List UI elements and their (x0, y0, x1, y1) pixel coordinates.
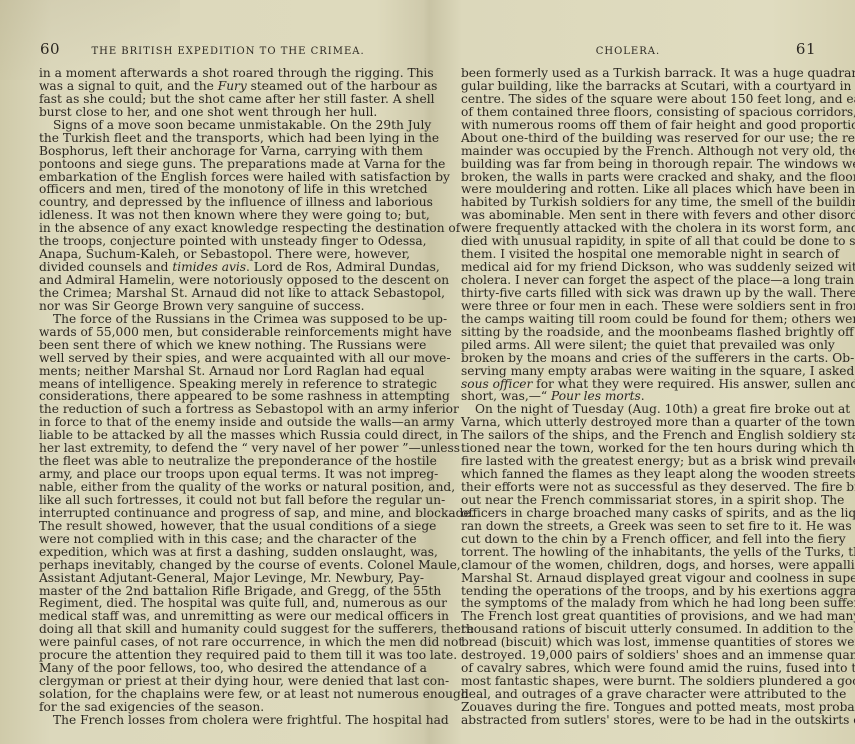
text-line: cut down to the chin by a French officer… (461, 533, 818, 546)
text-line: sitting by the roadside, and the moonbea… (461, 326, 818, 339)
text-line: the Crimea; Marshal St. Arnaud did not l… (39, 287, 396, 300)
text-line: like all such fortresses, it could not b… (39, 494, 396, 507)
text-line: been sent there of which we knew nothing… (39, 339, 396, 352)
text-line: The force of the Russians in the Crimea … (39, 313, 396, 326)
left-running-head: 60 THE BRITISH EXPEDITION TO THE CRIMEA. (40, 40, 396, 58)
text-line: The result showed, however, that the usu… (39, 520, 396, 533)
text-line: of them contained three floors, consisti… (461, 106, 818, 119)
text-line: out near the French commissariat stores,… (461, 494, 818, 507)
text-line: building was far from being in thorough … (461, 158, 818, 171)
text-line: thirty-five carts filled with sick was d… (461, 287, 818, 300)
text-line: for the sad exigencies of the season. (39, 701, 396, 714)
text-line: clamour of the women, children, dogs, an… (461, 559, 818, 572)
text-line: Bosphorus, left their anchorage for Varn… (39, 145, 396, 158)
text-line: nable, either from the quality of the wo… (39, 481, 396, 494)
text-line: mainder was occupied by the French. Alth… (461, 145, 818, 158)
text-line: cholera. I never can forget the aspect o… (461, 274, 818, 287)
page-number: 61 (796, 40, 816, 58)
text-line: burst close to her, and one shot went th… (39, 106, 396, 119)
right-running-head: CHOLERA. 61 (460, 40, 816, 58)
text-line: Signs of a move soon became unmistakable… (39, 119, 396, 132)
text-line: were not complied with in this case; and… (39, 533, 396, 546)
text-line: fast as she could; but the shot came aft… (39, 93, 396, 106)
text-line: nor was Sir George Brown very sanguine o… (39, 300, 396, 313)
page-number: 60 (40, 40, 60, 58)
right-body-text: been formerly used as a Turkish barrack.… (461, 67, 818, 727)
text-line: officers in charge broached many casks o… (461, 507, 818, 520)
text-line: About one-third of the building was rese… (461, 132, 818, 145)
text-line: piled arms. All were silent; the quiet t… (461, 339, 818, 352)
text-line: the Turkish fleet and the transports, wh… (39, 132, 396, 145)
text-line: interrupted continuance and progress of … (39, 507, 396, 520)
text-line: well served by their spies, and were acq… (39, 352, 396, 365)
left-page: 60 THE BRITISH EXPEDITION TO THE CRIMEA.… (0, 0, 428, 744)
text-line: abstracted from sutlers' stores, were to… (461, 714, 818, 727)
text-line: centre. The sides of the square were abo… (461, 93, 818, 106)
text-line: Assistant Adjutant-General, Major Leving… (39, 572, 396, 585)
text-line: Zouaves during the fire. Tongues and pot… (461, 701, 818, 714)
text-line: and Admiral Hamelin, were notoriously op… (39, 274, 396, 287)
text-line: The French losses from cholera were frig… (39, 714, 396, 727)
text-line: pontoons and siege guns. The preparation… (39, 158, 396, 171)
text-line: torrent. The howling of the inhabitants,… (461, 546, 818, 559)
text-line: their efforts were not as successful as … (461, 481, 818, 494)
text-line: wards of 55,000 men, but considerable re… (39, 326, 396, 339)
text-line: solation, for the chaplains were few, or… (39, 688, 396, 701)
text-line: deal, and outrages of a grave character … (461, 688, 818, 701)
book-spread: 60 THE BRITISH EXPEDITION TO THE CRIMEA.… (0, 0, 855, 744)
text-line: broken by the moans and cries of the suf… (461, 352, 818, 365)
text-line: ments; neither Marshal St. Arnaud nor Lo… (39, 365, 396, 378)
text-line: gular building, like the barracks at Scu… (461, 80, 818, 93)
text-line: been formerly used as a Turkish barrack.… (461, 67, 818, 80)
running-head-title: CHOLERA. (460, 46, 796, 57)
text-line: the camps waiting till room could be fou… (461, 313, 818, 326)
left-body-text: in a moment afterwards a shot roared thr… (39, 67, 396, 727)
running-head-title: THE BRITISH EXPEDITION TO THE CRIMEA. (60, 46, 396, 57)
text-line: was a signal to quit, and the Fury steam… (39, 80, 396, 93)
text-line: ran down the streets, a Greek was seen t… (461, 520, 818, 533)
right-page: CHOLERA. 61 been formerly used as a Turk… (428, 0, 855, 744)
text-line: with numerous rooms off them of fair hei… (461, 119, 818, 132)
text-line: perhaps inevitably, changed by the cours… (39, 559, 396, 572)
text-line: Marshal St. Arnaud displayed great vigou… (461, 572, 818, 585)
text-line: were three or four men in each. These we… (461, 300, 818, 313)
text-line: expedition, which was at first a dashing… (39, 546, 396, 559)
